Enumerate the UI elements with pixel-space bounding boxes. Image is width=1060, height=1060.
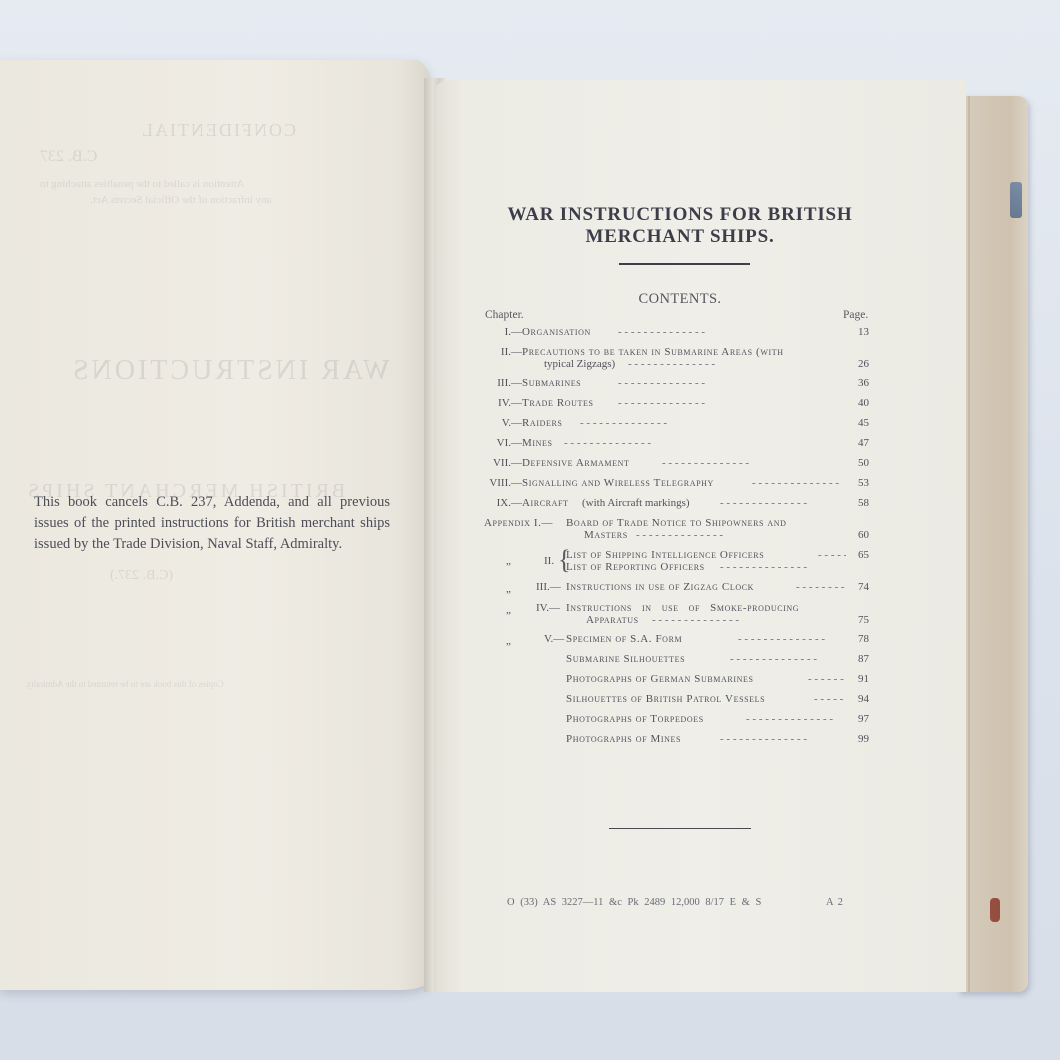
entry-title: Submarines [522, 377, 581, 390]
entry-number: VIII.— [480, 477, 522, 490]
entry-number: V.— [480, 417, 522, 430]
entry-title: Submarine Silhouettes [566, 653, 685, 666]
ditto-mark: „ [506, 635, 511, 648]
leader-dots: - - - - - - - - - - - - - - [808, 673, 846, 686]
entry-number: I.— [480, 326, 522, 339]
footer-rule [609, 828, 751, 829]
show-through-text: (C.B. 237.) [110, 568, 173, 584]
entry-title: Silhouettes of British Patrol Vessels [566, 693, 765, 706]
entry-title: Photographs of Torpedoes [566, 713, 704, 726]
title-rule [619, 263, 750, 265]
entry-page: 50 [849, 457, 869, 470]
leader-dots: - - - - - - - - - - - - - - [730, 653, 846, 666]
leader-dots: - - - - - - - - - - - - - - [720, 733, 846, 746]
left-page: CONFIDENTIAL C.B. 237 Attention is calle… [0, 60, 432, 990]
entry-page: 40 [849, 397, 869, 410]
leader-dots: - - - - - - - - - - - - - - [618, 326, 846, 339]
column-header-chapter: Chapter. [485, 309, 524, 321]
leader-dots: - - - - - - - - - - - - - - [636, 529, 846, 542]
entry-number: III.— [480, 377, 522, 390]
entry-page: 45 [849, 417, 869, 430]
leader-dots: - - - - - - - - - - - - - - [796, 581, 846, 594]
entry-page: 87 [849, 653, 869, 666]
show-through-text: CONFIDENTIAL [140, 120, 296, 141]
entry-page: 36 [849, 377, 869, 390]
show-through-text: WAR INSTRUCTIONS [70, 355, 389, 387]
leader-dots: - - - - - - - - - - - - - - [618, 377, 846, 390]
entry-number: II. [544, 555, 554, 568]
leader-dots: - - - - - - - - - - - - - - [564, 437, 846, 450]
entry-title: Trade Routes [522, 397, 594, 410]
open-book-scene: CONFIDENTIAL C.B. 237 Attention is calle… [0, 0, 1060, 1060]
entry-page: 75 [849, 614, 869, 627]
entry-title: Specimen of S.A. Form [566, 633, 682, 646]
entry-page: 74 [849, 581, 869, 594]
entry-title: Photographs of Mines [566, 733, 681, 746]
title-line-2: MERCHANT SHIPS. [470, 226, 890, 248]
column-header-page: Page. [843, 309, 868, 321]
edge-shadow [968, 96, 970, 992]
leader-dots: - - - - - - - - - - - - - - [662, 457, 846, 470]
show-through-text: C.B. 237 [40, 148, 97, 166]
entry-page: 47 [849, 437, 869, 450]
entry-title: Instructions in use of Zigzag Clock [566, 581, 754, 594]
leader-dots: - - - - - - - - - - - - - - [814, 693, 846, 706]
leader-dots: - - - - - - - - - - - - - - [720, 497, 846, 510]
entry-title-continued: Apparatus [586, 614, 639, 627]
leader-dots: - - - - - - - - - - - - - - [628, 358, 846, 371]
contents-heading: CONTENTS. [600, 291, 760, 308]
entry-title: Organisation [522, 326, 591, 339]
show-through-text: Attention is called to the penalties att… [40, 178, 244, 190]
title-line-1: WAR INSTRUCTIONS FOR BRITISH [470, 204, 890, 226]
entry-number: VI.— [480, 437, 522, 450]
entry-page: 91 [849, 673, 869, 686]
entry-title: Photographs of German Submarines [566, 673, 754, 686]
entry-number: Appendix I.— [484, 517, 553, 530]
entry-number: IV.— [536, 602, 560, 615]
entry-title-continued: Masters [584, 529, 628, 542]
entry-number: III.— [536, 581, 561, 594]
leader-dots: - - - - - - - - - - - - - - [618, 397, 846, 410]
entry-number: II.— [480, 346, 522, 359]
ditto-mark: „ [506, 583, 511, 596]
entry-number: IV.— [480, 397, 522, 410]
page-block-edges [958, 96, 1028, 992]
printer-imprint: O (33) AS 3227—11 &c Pk 2489 12,000 8/17… [507, 897, 761, 908]
leader-dots: - - - - - - - - - - - - - - [720, 561, 870, 574]
ditto-mark: „ [506, 555, 511, 568]
entry-number: V.— [544, 633, 564, 646]
entry-page: 94 [849, 693, 869, 706]
entry-title: Mines [522, 437, 553, 450]
stain-mark [990, 898, 1000, 922]
entry-title: Defensive Armament [522, 457, 630, 470]
entry-title: Raiders [522, 417, 562, 430]
entry-title: Aircraft [522, 497, 569, 510]
entry-page: 58 [849, 497, 869, 510]
entry-title: Signalling and Wireless Telegraphy [522, 477, 714, 490]
entry-title-note: (with Aircraft markings) [582, 497, 690, 510]
entry-number: VII.— [480, 457, 522, 470]
leader-dots: - - - - - - - - - - - - - - [652, 614, 846, 627]
leader-dots: - - - - - - - - - - - - - - [746, 713, 846, 726]
leader-dots: - - - - - - - - - - - - - - [580, 417, 846, 430]
entry-page: 78 [849, 633, 869, 646]
show-through-text: any infraction of the Official Secrets A… [90, 194, 272, 206]
document-title: WAR INSTRUCTIONS FOR BRITISH MERCHANT SH… [470, 204, 890, 248]
ditto-mark: „ [506, 604, 511, 617]
entry-page: 53 [849, 477, 869, 490]
entry-page: 97 [849, 713, 869, 726]
show-through-text: Copies of this book are to be returned t… [25, 678, 224, 690]
entry-title-continued: typical Zigzags) [544, 358, 615, 371]
entry-page: 26 [849, 358, 869, 371]
ink-mark [1010, 182, 1022, 218]
entry-page: 13 [849, 326, 869, 339]
entry-page: 99 [849, 733, 869, 746]
entry-title-continued: List of Reporting Officers [566, 561, 705, 574]
entry-number: IX.— [480, 497, 522, 510]
leader-dots: - - - - - - - - - - - - - - [752, 477, 846, 490]
signature-mark: A 2 [826, 897, 843, 908]
cancellation-note: This book cancels C.B. 237, Addenda, and… [34, 492, 390, 555]
entry-page: 60 [849, 529, 869, 542]
leader-dots: - - - - - - - - - - - - - - [738, 633, 846, 646]
